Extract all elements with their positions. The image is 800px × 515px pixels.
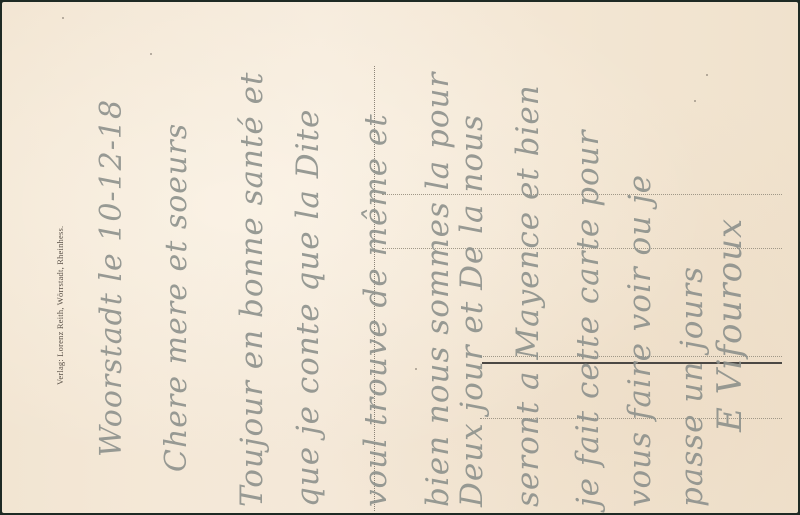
handwritten-line: passe un jours — [674, 266, 710, 507]
paper-speck — [150, 53, 152, 55]
handwritten-signature: E Vifouroux — [710, 218, 750, 432]
paper-speck — [62, 17, 64, 19]
handwritten-line: seront a Mayence et bien — [510, 84, 546, 507]
paper-speck — [694, 100, 696, 102]
handwritten-line: Toujour en bonne santé et — [234, 72, 270, 507]
handwritten-dateline: Woorstadt le 10-12-18 — [94, 99, 129, 457]
publisher-imprint: Verlag: Lorenz Reith, Wörrstadt, Rheinhe… — [55, 226, 65, 385]
handwritten-line: voul trouve de même et — [358, 113, 394, 507]
handwritten-salutation: Chere mere et soeurs — [159, 123, 194, 472]
handwritten-line: bien nous sommes la pour — [420, 72, 456, 507]
handwritten-line: Deux jour et De la nous — [454, 114, 490, 507]
paper-speck — [706, 74, 708, 76]
handwritten-line: vous faire voir ou je — [622, 174, 658, 507]
handwritten-line: je fait cette carte pour — [570, 130, 606, 507]
postcard-back: Verlag: Lorenz Reith, Wörrstadt, Rheinhe… — [2, 2, 798, 513]
handwritten-line: que je conte que la Dite — [290, 109, 326, 507]
paper-speck — [415, 368, 417, 370]
